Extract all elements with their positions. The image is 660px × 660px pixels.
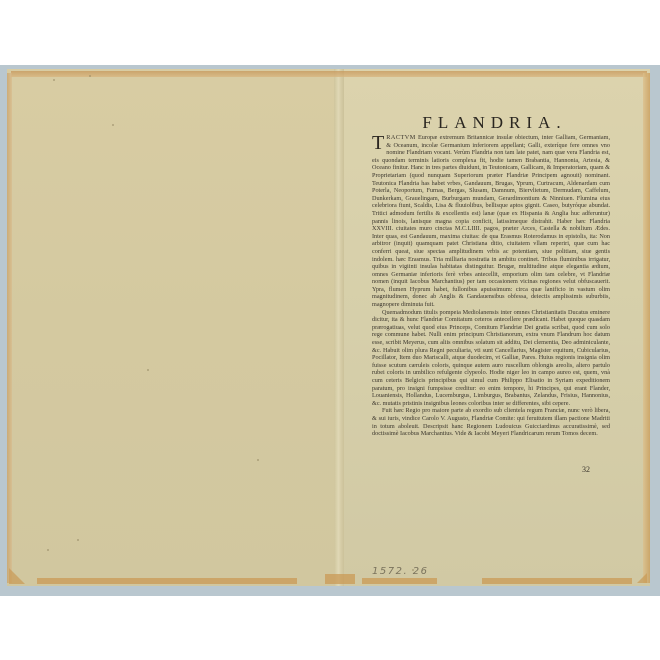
paragraph-text: Fuit hæc Regio pro maiore parte ab exord…: [372, 407, 610, 437]
center-fold: [334, 69, 344, 586]
body-text: TRACTVM Europæ extremum Britannicæ insul…: [372, 134, 610, 438]
paragraph-3: Fuit hæc Regio pro maiore parte ab exord…: [372, 407, 610, 437]
hinge-tape-top: [11, 71, 647, 77]
hinge-tape-bottom: [482, 578, 632, 584]
hinge-tape-right: [643, 73, 650, 583]
paragraph-text: Europæ extremum Britannicæ insulæ obiect…: [372, 134, 610, 308]
paragraph-1: TRACTVM Europæ extremum Britannicæ insul…: [372, 134, 610, 309]
paragraph-2: Quemadmodum titulis pompeia Mediolanensi…: [372, 309, 610, 408]
page-number: 32: [582, 465, 590, 474]
hinge-tape-left: [7, 73, 12, 583]
hinge-tape-bottom: [362, 578, 437, 584]
hinge-tape-bottom-fold: [325, 574, 355, 584]
page-title: FLANDRIA.: [412, 113, 577, 133]
left-page-blank: [7, 69, 335, 586]
paragraph-text: Quemadmodum titulis pompeia Mediolanensi…: [372, 309, 610, 407]
drop-cap: T: [372, 135, 384, 151]
hinge-tape-bottom: [37, 578, 297, 584]
first-word: RACTVM: [386, 134, 415, 141]
handwritten-inventory-note: 1572. 26: [372, 566, 429, 577]
